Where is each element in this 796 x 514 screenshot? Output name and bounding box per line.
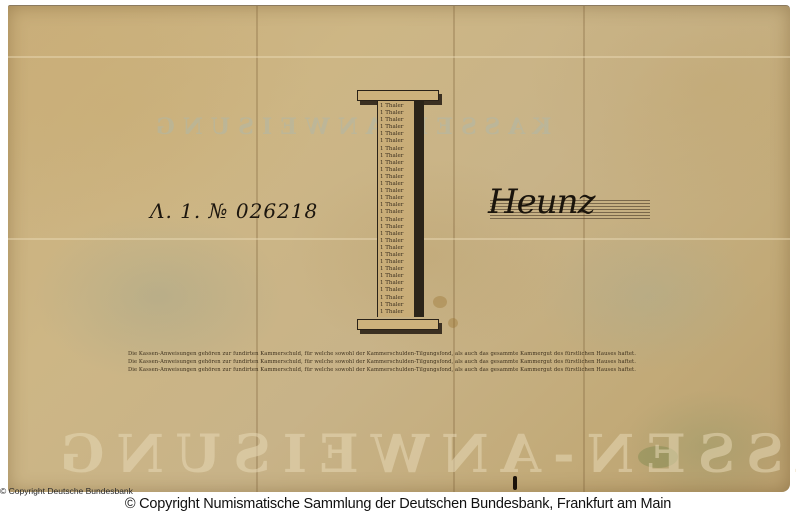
denomination-numeral: 1 Thaler 1 Thaler 1 Thaler 1 Thaler 1 Th… — [357, 90, 437, 330]
ink-mark — [513, 476, 517, 490]
numeral-serif-bottom — [357, 319, 439, 330]
fold-crease — [8, 56, 790, 58]
fold-crease — [453, 6, 455, 492]
stain — [448, 318, 458, 328]
denomination-microtext: 1 Thaler 1 Thaler 1 Thaler 1 Thaler 1 Th… — [380, 103, 414, 316]
legal-text-line: Die Kassen-Anweisungen gehören zur fundi… — [128, 350, 684, 358]
fold-crease — [256, 6, 258, 492]
serial-number: Λ. 1. № 026218 — [150, 199, 318, 223]
copyright-caption: © Copyright Numismatische Sammlung der D… — [0, 496, 796, 512]
ghost-heading-top: KASSEN-ANWEISUNG — [148, 114, 552, 140]
ghost-heading-bottom: KASSEN-ANWEISUNG — [48, 424, 796, 485]
numeral-serif-top — [357, 90, 439, 101]
legal-text-line: Die Kassen-Anweisungen gehören zur fundi… — [128, 366, 684, 374]
numeral-stem: 1 Thaler 1 Thaler 1 Thaler 1 Thaler 1 Th… — [377, 101, 424, 317]
signature-text: Heunz — [488, 182, 594, 222]
copyright-watermark: © Copyright Deutsche Bundesbank — [0, 486, 133, 496]
legal-text-line: Die Kassen-Anweisungen gehören zur fundi… — [128, 358, 684, 366]
legal-text-block: Die Kassen-Anweisungen gehören zur fundi… — [128, 350, 684, 374]
signature: Heunz — [480, 172, 650, 252]
